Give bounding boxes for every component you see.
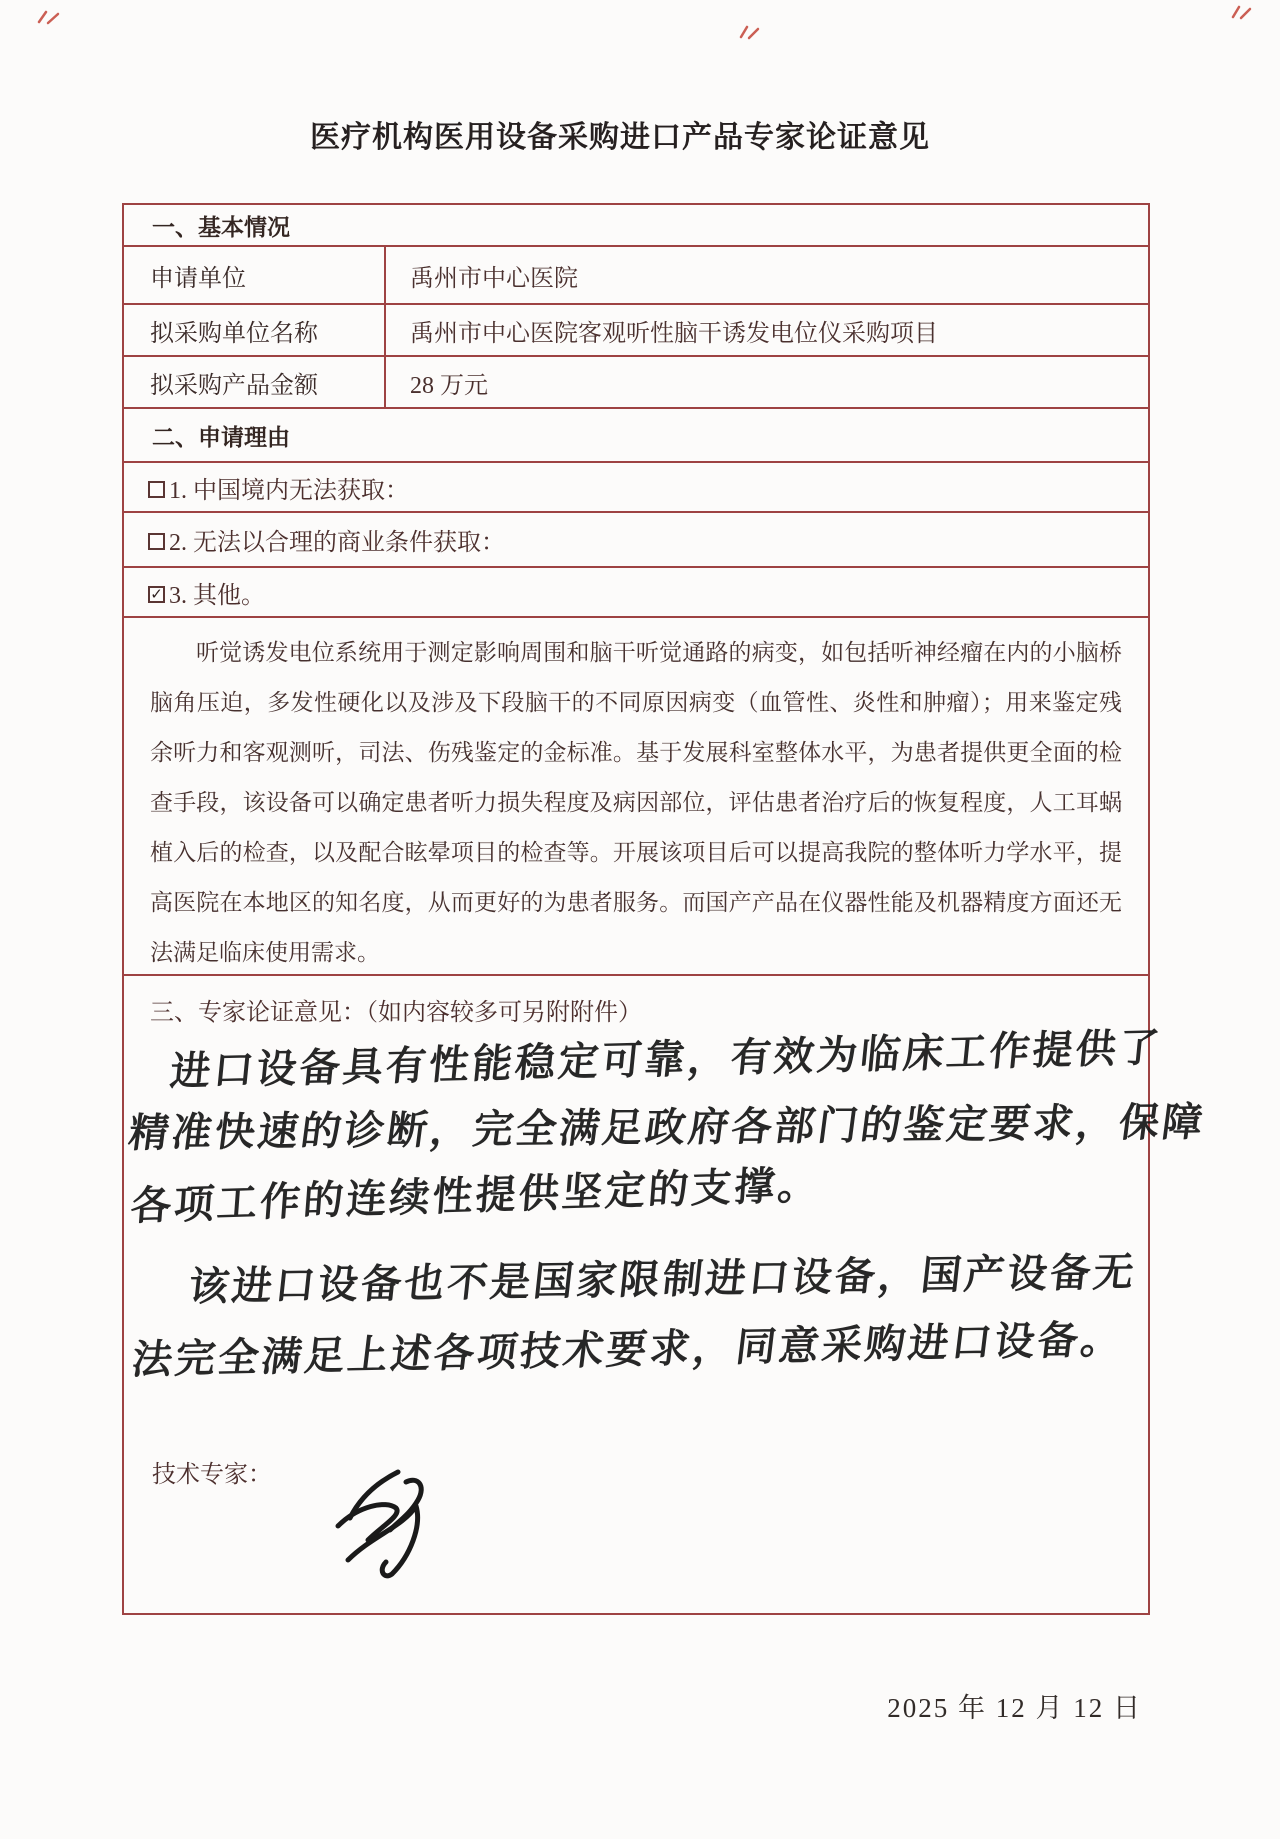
reason-option-2: 2. 无法以合理的商业条件获取： [124,513,1148,568]
form-table: 一、基本情况 申请单位 禹州市中心医院 拟采购单位名称 禹州市中心医院客观听性脑… [122,203,1150,1615]
handwritten-signature-icon [320,1464,450,1589]
table-row-project-name: 拟采购单位名称 禹州市中心医院客观听性脑干诱发电位仪采购项目 [124,305,1148,357]
section-header-basic-info: 一、基本情况 [124,205,1148,247]
checkbox-unchecked-icon [148,533,165,550]
document-date: 2025 年 12 月 12 日 [0,1686,1142,1725]
red-pen-mark [36,8,62,28]
red-pen-mark [738,24,762,42]
checkbox-checked-icon: ✓ [148,586,165,603]
project-name-label: 拟采购单位名称 [124,305,386,355]
handwriting-line: 各项工作的连续性提供坚定的支撑。 [129,1153,823,1232]
amount-value: 28 万元 [386,357,1148,407]
handwriting-line: 精准快速的诊断，完全满足政府各部门的鉴定要求，保障 [126,1090,1210,1158]
applicant-value: 禹州市中心医院 [386,247,1148,303]
document-title: 医疗机构医用设备采购进口产品专家论证意见 [0,112,1240,156]
reason-option-1: 1. 中国境内无法获取： [124,463,1148,513]
reason-option-3-label: 3. 其他。 [169,575,265,610]
red-pen-mark [1230,4,1254,22]
reason-description-cell: 听觉诱发电位系统用于测定影响周围和脑干听觉通路的病变，如包括听神经瘤在内的小脑桥… [124,618,1148,976]
reason-option-3: ✓ 3. 其他。 [124,568,1148,618]
technical-expert-label: 技术专家： [152,1454,272,1489]
handwriting-line: 进口设备具有性能稳定可靠，有效为临床工作提供了 [168,1016,1165,1097]
section-header-application-reason: 二、申请理由 [124,409,1148,463]
expert-opinion-cell: 三、专家论证意见：（如内容较多可另附附件） 进口设备具有性能稳定可靠，有效为临床… [124,976,1148,1613]
handwriting-line: 法完全满足上述各项技术要求，同意采购进口设备。 [129,1308,1128,1386]
scanned-form-page: 医疗机构医用设备采购进口产品专家论证意见 一、基本情况 申请单位 禹州市中心医院… [0,0,1280,1839]
reason-option-1-label: 1. 中国境内无法获取： [169,470,409,505]
applicant-label: 申请单位 [124,247,386,303]
handwriting-line: 该进口设备也不是国家限制进口设备，国产设备无 [186,1241,1140,1313]
table-row-applicant: 申请单位 禹州市中心医院 [124,247,1148,305]
amount-label: 拟采购产品金额 [124,357,386,407]
reason-description-text: 听觉诱发电位系统用于测定影响周围和脑干听觉通路的病变，如包括听神经瘤在内的小脑桥… [124,618,1148,978]
reason-option-2-label: 2. 无法以合理的商业条件获取： [169,522,505,557]
checkbox-unchecked-icon [148,481,165,498]
table-row-amount: 拟采购产品金额 28 万元 [124,357,1148,409]
project-name-value: 禹州市中心医院客观听性脑干诱发电位仪采购项目 [386,305,1148,355]
